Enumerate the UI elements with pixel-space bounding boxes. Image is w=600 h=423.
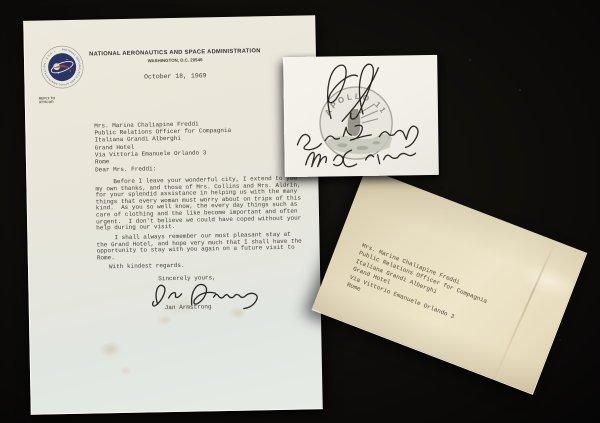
letterhead-title: NATIONAL AERONAUTICS AND SPACE ADMINISTR…	[74, 48, 276, 58]
michael-collins-signature	[305, 149, 415, 167]
apollo11-signed-card: APOLLO 11	[283, 55, 439, 177]
envelope: Mrs. Marina Chaliapine Freddi Public Rel…	[312, 168, 588, 395]
card-signatures	[284, 55, 440, 177]
letterhead-location: WASHINGTON, D.C. 20546	[117, 57, 233, 64]
recipient-address-block: Mrs. Marina Chaliapine Freddi Public Rel…	[94, 120, 232, 166]
salutation: Dear Mrs. Freddi:	[95, 165, 156, 173]
typed-signer-name: Jan Armstrong	[165, 303, 212, 311]
letter-paragraph-1: Before I leave your wonderful city, I ex…	[95, 175, 314, 232]
edwin-aldrin-signature	[297, 124, 418, 149]
kind-regards-line: With kindest regards.	[109, 262, 185, 270]
neil-armstrong-signature	[327, 64, 379, 121]
auction-photo-scene: NATIONAL AERONAUTICS AND SPACE ADMINISTR…	[0, 0, 600, 423]
letter-paragraph-2: I shall always remember our most pleasan…	[96, 231, 314, 262]
nasa-letter: NATIONAL AERONAUTICS AND SPACE ADMINISTR…	[23, 15, 323, 415]
letter-date: October 18, 1969	[70, 71, 280, 82]
reply-to-attn-label: REPLY TO ATTN OF:	[39, 96, 56, 104]
